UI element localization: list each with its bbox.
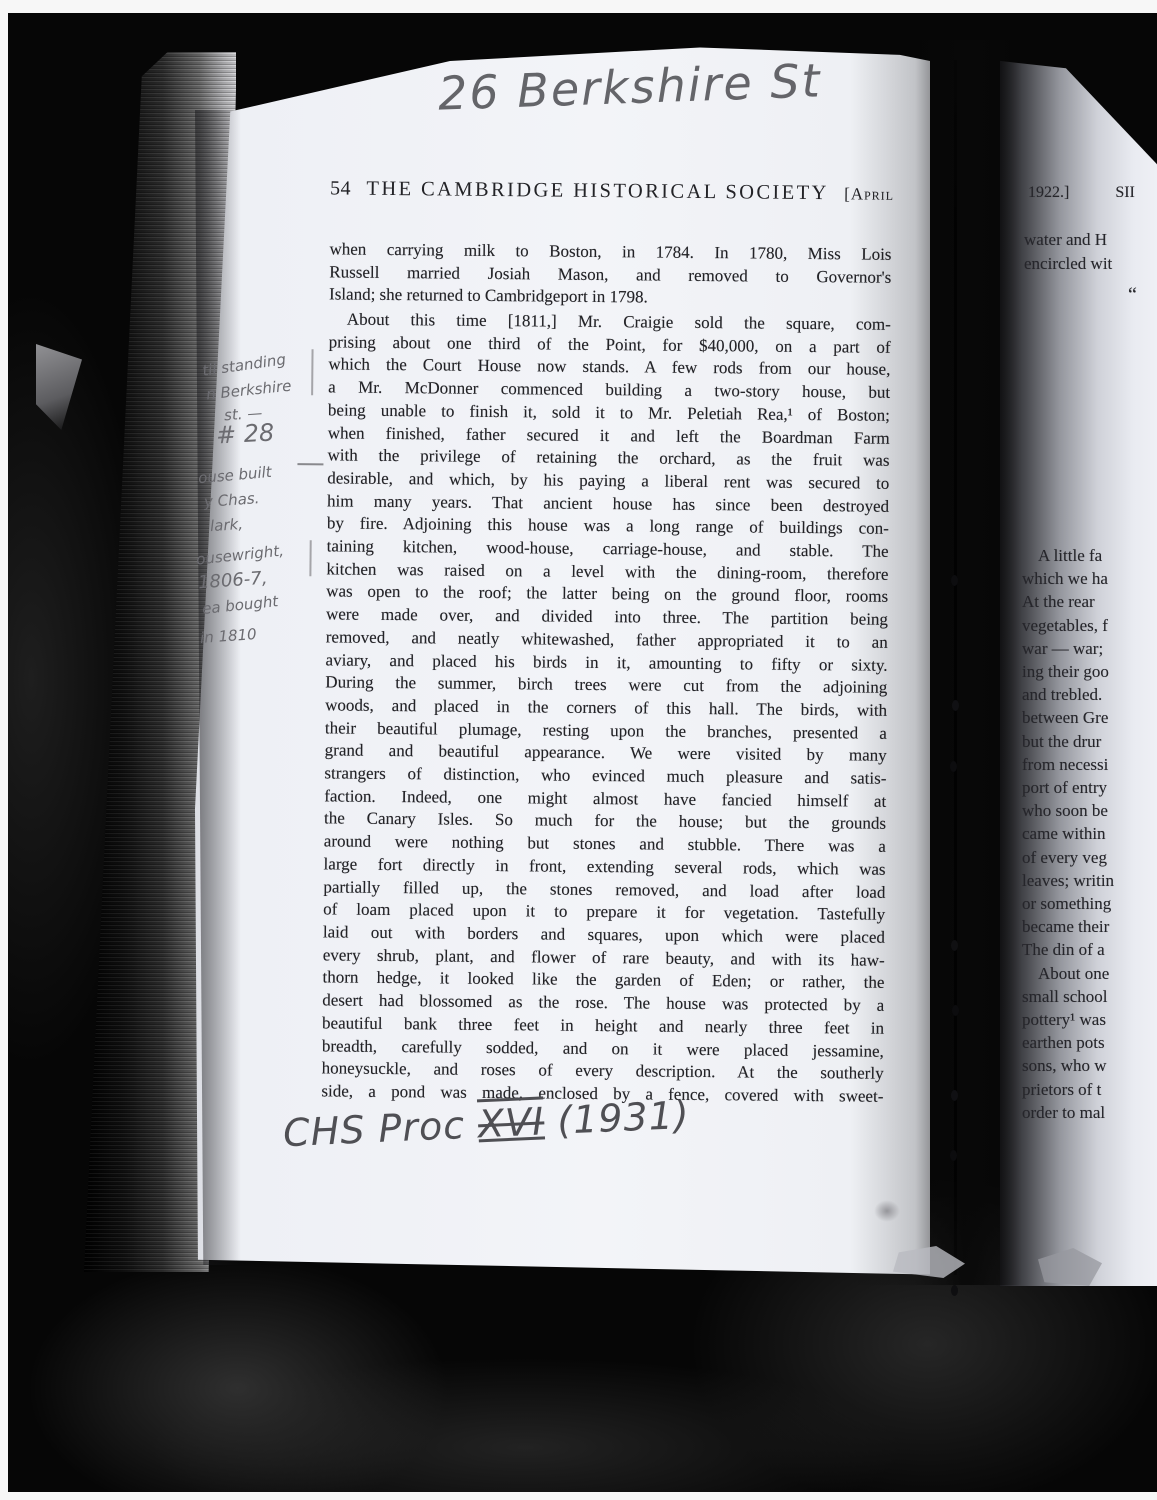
right-page-quote-mark: “ bbox=[1128, 284, 1137, 307]
text-line: came within bbox=[1022, 822, 1114, 845]
right-page-year: 1922.] bbox=[1028, 184, 1069, 202]
text-line: between Gre bbox=[1022, 706, 1114, 729]
running-title: THE CAMBRIDGE HISTORICAL SOCIETY bbox=[366, 178, 829, 205]
pencil-margin-rule bbox=[309, 540, 311, 576]
text-line: of every veg bbox=[1022, 846, 1114, 869]
right-page-body: A little fawhich we haAt the rearvegetab… bbox=[1022, 544, 1114, 1124]
text-line: pottery¹ was bbox=[1022, 1008, 1114, 1031]
text-line: and trebled. bbox=[1022, 683, 1114, 706]
text-line: leaves; writin bbox=[1022, 869, 1114, 892]
page-number: 54 bbox=[330, 177, 351, 200]
pencil-smudge bbox=[874, 1200, 900, 1222]
text-line: which we ha bbox=[1022, 567, 1114, 590]
text-line: water and H bbox=[1024, 228, 1112, 252]
text-line: war — war; bbox=[1022, 637, 1114, 660]
text-line: became their bbox=[1022, 915, 1114, 938]
right-page-title-fragment: SII bbox=[1115, 184, 1135, 202]
text-line: At the rear bbox=[1022, 590, 1114, 613]
book-gutter-shadow bbox=[850, 40, 1022, 1285]
citation-year: (1931) bbox=[543, 1093, 690, 1144]
text-line: but the drur bbox=[1022, 730, 1114, 753]
binding-stitch-marks bbox=[951, 575, 958, 586]
pencil-margin-rule bbox=[311, 349, 313, 395]
text-line: earthen pots bbox=[1022, 1031, 1114, 1054]
text-line: prietors of t bbox=[1022, 1078, 1114, 1101]
text-line: who soon be bbox=[1022, 799, 1114, 822]
text-line: A little fa bbox=[1022, 544, 1114, 567]
text-line: Island; she returned to Cambridgeport in… bbox=[329, 284, 891, 312]
text-line: sons, who w bbox=[1022, 1054, 1114, 1077]
text-line: vegetables, f bbox=[1022, 614, 1114, 637]
text-line: ing their goo bbox=[1022, 660, 1114, 683]
text-line: About one bbox=[1022, 962, 1114, 985]
text-line: # 28 bbox=[215, 418, 275, 449]
text-line: The din of a bbox=[1022, 938, 1114, 961]
right-page-top-lines: water and Hencircled wit bbox=[1024, 228, 1112, 275]
right-page-header: 1922.] SII bbox=[1028, 184, 1157, 202]
citation-volume: XVI bbox=[477, 1099, 545, 1146]
paragraph-1: when carrying milk to Boston, in 1784. I… bbox=[329, 238, 892, 312]
paragraph-2: About this time [1811,] Mr. Craigie sold… bbox=[321, 308, 891, 1108]
page-header: 54 THE CAMBRIDGE HISTORICAL SOCIETY [Apr… bbox=[330, 177, 894, 205]
text-line: order to mal bbox=[1022, 1101, 1114, 1124]
text-line: port of entry bbox=[1022, 776, 1114, 799]
text-line: small school bbox=[1022, 985, 1114, 1008]
text-line: encircled wit bbox=[1024, 252, 1112, 276]
text-line: from necessi bbox=[1022, 753, 1114, 776]
pencil-dash-mark bbox=[297, 463, 323, 465]
text-line: y Chas. bbox=[203, 489, 260, 511]
spine-crease bbox=[954, 60, 957, 1275]
text-line: lark, bbox=[209, 515, 243, 535]
text-line: or something bbox=[1022, 892, 1114, 915]
citation-prefix: CHS Proc bbox=[282, 1102, 479, 1155]
